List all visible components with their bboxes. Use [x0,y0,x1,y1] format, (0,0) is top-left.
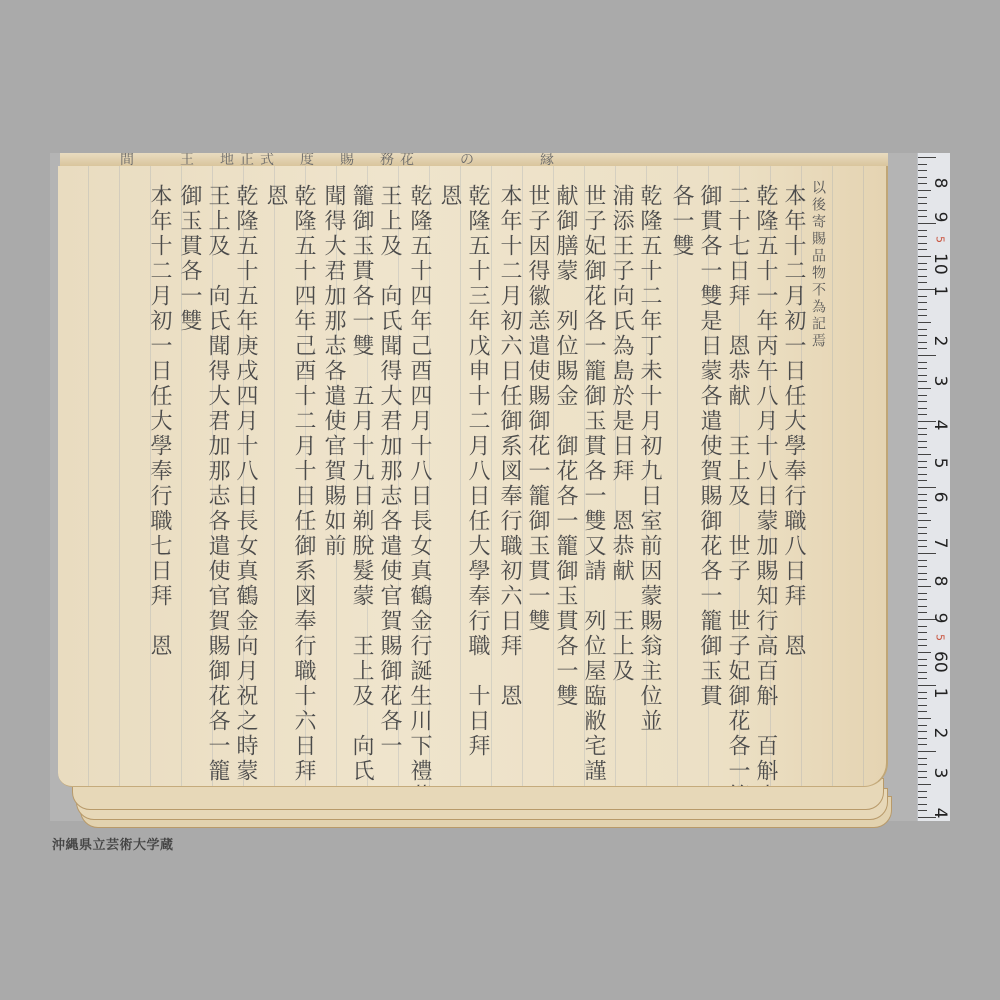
ruler-tick [918,678,927,679]
ruler-tick [918,764,927,765]
text-column: 各一雙 [668,184,694,259]
text-column: 王上及 向氏聞得大君加那志各遣使官賀賜御花各一籠 [204,184,230,784]
text-column: 乾隆五十四年己酉十二月十日任御系図奉行職十六日拜 [290,184,316,784]
ruler-tick [918,672,927,673]
ruler-label: 2 [930,723,950,743]
ruler-label: 9 [930,207,950,227]
text-column: 恩 [262,184,288,209]
ruled-line [677,166,678,786]
ruler-label: 60 [930,651,950,671]
ruler-label: 5 [934,230,947,250]
ruler-tick [918,560,927,561]
ruler-tick [918,315,927,316]
ruler-tick [918,626,927,627]
ruler-label: 10 [930,253,950,273]
ruler-tick [918,533,927,534]
ruler-tick [918,263,927,264]
ruler-tick [918,230,927,231]
ruler-tick [918,553,936,554]
ruler-tick [918,243,927,244]
ruled-line [832,166,833,786]
ruler-tick [918,408,927,409]
ruler-tick [918,401,927,402]
ruler-tick [918,744,927,745]
ruler-tick [918,276,927,277]
ruler-label: 3 [930,763,950,783]
text-column: 御貫各一雙是日蒙各遣使賀賜御花各一籠御玉貫 [696,184,722,709]
ruler-tick [918,203,927,204]
ruler-label: 8 [930,173,950,193]
ruled-line [460,166,461,786]
ruler-tick [918,599,927,600]
ruler-tick [918,210,927,211]
ruler-tick [918,632,927,633]
ruler-tick [918,434,927,435]
ruler-tick [918,771,927,772]
ruler-tick [918,758,927,759]
ruler-tick [918,579,927,580]
ruler-tick [918,375,927,376]
ruler-tick [918,236,927,237]
ruler-tick [918,480,927,481]
ruler-tick [918,527,927,528]
ruler-tick [918,573,927,574]
ruler-tick [918,612,927,613]
ruler-tick [918,302,927,303]
text-column: 王上及 向氏聞得大君加那志各遣使官賀賜御花各一 [376,184,402,759]
ruler-tick [918,593,927,594]
ruler-tick [918,157,936,158]
ruler-tick [918,170,927,171]
ruler-label: 5 [934,628,947,648]
text-column: 乾隆五十四年己酉四月十八日長女真鶴金行誕生川下禮蒙 [406,184,432,787]
text-column: 籠御玉貫各一雙 五月十九日剃脫髮蒙 王上及 向氏 [348,184,374,784]
ruler-tick [918,183,927,184]
text-column: 乾隆五十三年戊申十二月八日任大學奉行職 十日拜 [464,184,490,759]
ruler-tick [918,810,927,811]
ruler-tick [918,447,927,448]
ruler-tick [918,362,927,363]
ruler-label: 9 [930,608,950,628]
ruler-tick [918,322,931,323]
ruler-label: 1 [930,683,950,703]
ruler-label: 4 [930,415,950,435]
text-column: 献御膳蒙 列位賜金 御花各一籠御玉貫各一雙 [552,184,578,709]
ruler-tick [918,777,927,778]
ruler-tick [918,269,927,270]
ruler-tick [918,494,927,495]
text-column: 世子因得徽恙遣使賜御花一籠御玉貫一雙 [524,184,550,634]
text-column: 御玉貫各一雙 [176,184,202,334]
ruler-label: 2 [930,331,950,351]
ruled-line [863,166,864,786]
ruler-tick [918,164,927,165]
ruler-label: 3 [930,371,950,391]
text-column: 浦添王子向氏為島於是日拜 恩恭献 王上及 [608,184,634,684]
text-column: 聞得大君加那志各遣使官賀賜如前 [320,184,346,559]
ruler-tick [918,718,931,719]
ruler-tick [918,381,927,382]
ruler-tick [918,731,927,732]
ruler-tick [918,282,927,283]
ruler-tick [918,665,927,666]
ruled-line [522,166,523,786]
ruler-tick [918,368,927,369]
ruler-label: 5 [930,453,950,473]
ruler-tick [918,659,927,660]
ruler-tick [918,197,927,198]
ruler-label: 7 [930,533,950,553]
ruler-tick [918,784,931,785]
ruler-tick [918,540,927,541]
ruler-tick [918,804,927,805]
ruler-tick [918,355,936,356]
text-column: 本年十二月初一日任大學奉行職八日拜 恩 [780,184,806,659]
ruler-tick [918,645,927,646]
notebook-page: 以後寄賜品物不為記焉本年十二月初一日任大學奉行職八日拜 恩乾隆五十一年丙午八月十… [58,166,888,787]
ruler-tick [918,507,927,508]
text-column: 乾隆五十一年丙午八月十八日蒙加賜知行高百斛 百斛寺計四 [752,184,778,787]
ruled-line [88,166,89,786]
ruler-tick [918,513,927,514]
ruler-tick [918,606,927,607]
ruler-tick [918,751,936,752]
ruler-tick [918,342,927,343]
ruler-label: 1 [930,281,950,301]
ruler-tick [918,705,927,706]
ruler-tick [918,738,927,739]
ruler-tick [918,725,927,726]
ruler-tick [918,639,927,640]
ruler-tick [918,546,927,547]
ruled-line [119,166,120,786]
ruler-tick [918,698,927,699]
collection-credit: 沖縄県立芸術大学蔵 [52,834,174,853]
ruled-line [274,166,275,786]
ruler-label: 6 [930,487,950,507]
ruler-tick [918,566,927,567]
ruler-tick [918,692,927,693]
text-column: 二十七日拜 恩恭献 王上及 世子 世子妃御花各一籠御玉貫 [724,184,750,787]
ruler-tick [918,329,927,330]
ruler-tick [918,177,927,178]
text-column: 恩 [436,184,462,209]
text-column: 本年十二月初六日任御系図奉行職初六日拜 恩 [496,184,522,709]
ruler-tick [918,216,927,217]
text-column: 以後寄賜品物不為記焉 [810,180,826,350]
ruler-tick [918,441,927,442]
ruler-tick [918,461,927,462]
text-column: 世子妃御花各一籠御玉貫各一雙又請 列位屋臨敝宅謹 [580,184,606,784]
ruler-tick [918,797,927,798]
ruler-tick [918,335,927,336]
ruler-tick [918,296,927,297]
text-column: 本年十二月初一日任大學奉行職七日拜 恩 [146,184,172,659]
ruler-tick [918,348,927,349]
page-root: 間 王 地正式 度 賜 務花 の 縁 以後寄賜品物不為記焉本年十二月初一日任大學… [0,0,1000,1000]
ruler-label: 4 [930,803,950,823]
ruler-tick [918,428,927,429]
ruler-tick [918,791,927,792]
ruler-tick [918,520,931,521]
text-column: 乾隆五十二年丁未十月初九日室前因蒙賜翁主位並 [636,184,662,734]
ruler-tick [918,395,927,396]
ruled-line [491,166,492,786]
measuring-ruler: 895101234567895601234 [917,153,950,821]
ruler-tick [918,500,927,501]
text-column: 乾隆五十五年庚戌四月十八日長女真鶴金向月祝之時蒙 [232,184,258,784]
ruler-tick [918,309,927,310]
ruler-tick [918,711,927,712]
ruler-tick [918,414,927,415]
ruler-label: 8 [930,571,950,591]
ruler-tick [918,467,927,468]
ruler-tick [918,249,927,250]
ruler-tick [918,474,927,475]
